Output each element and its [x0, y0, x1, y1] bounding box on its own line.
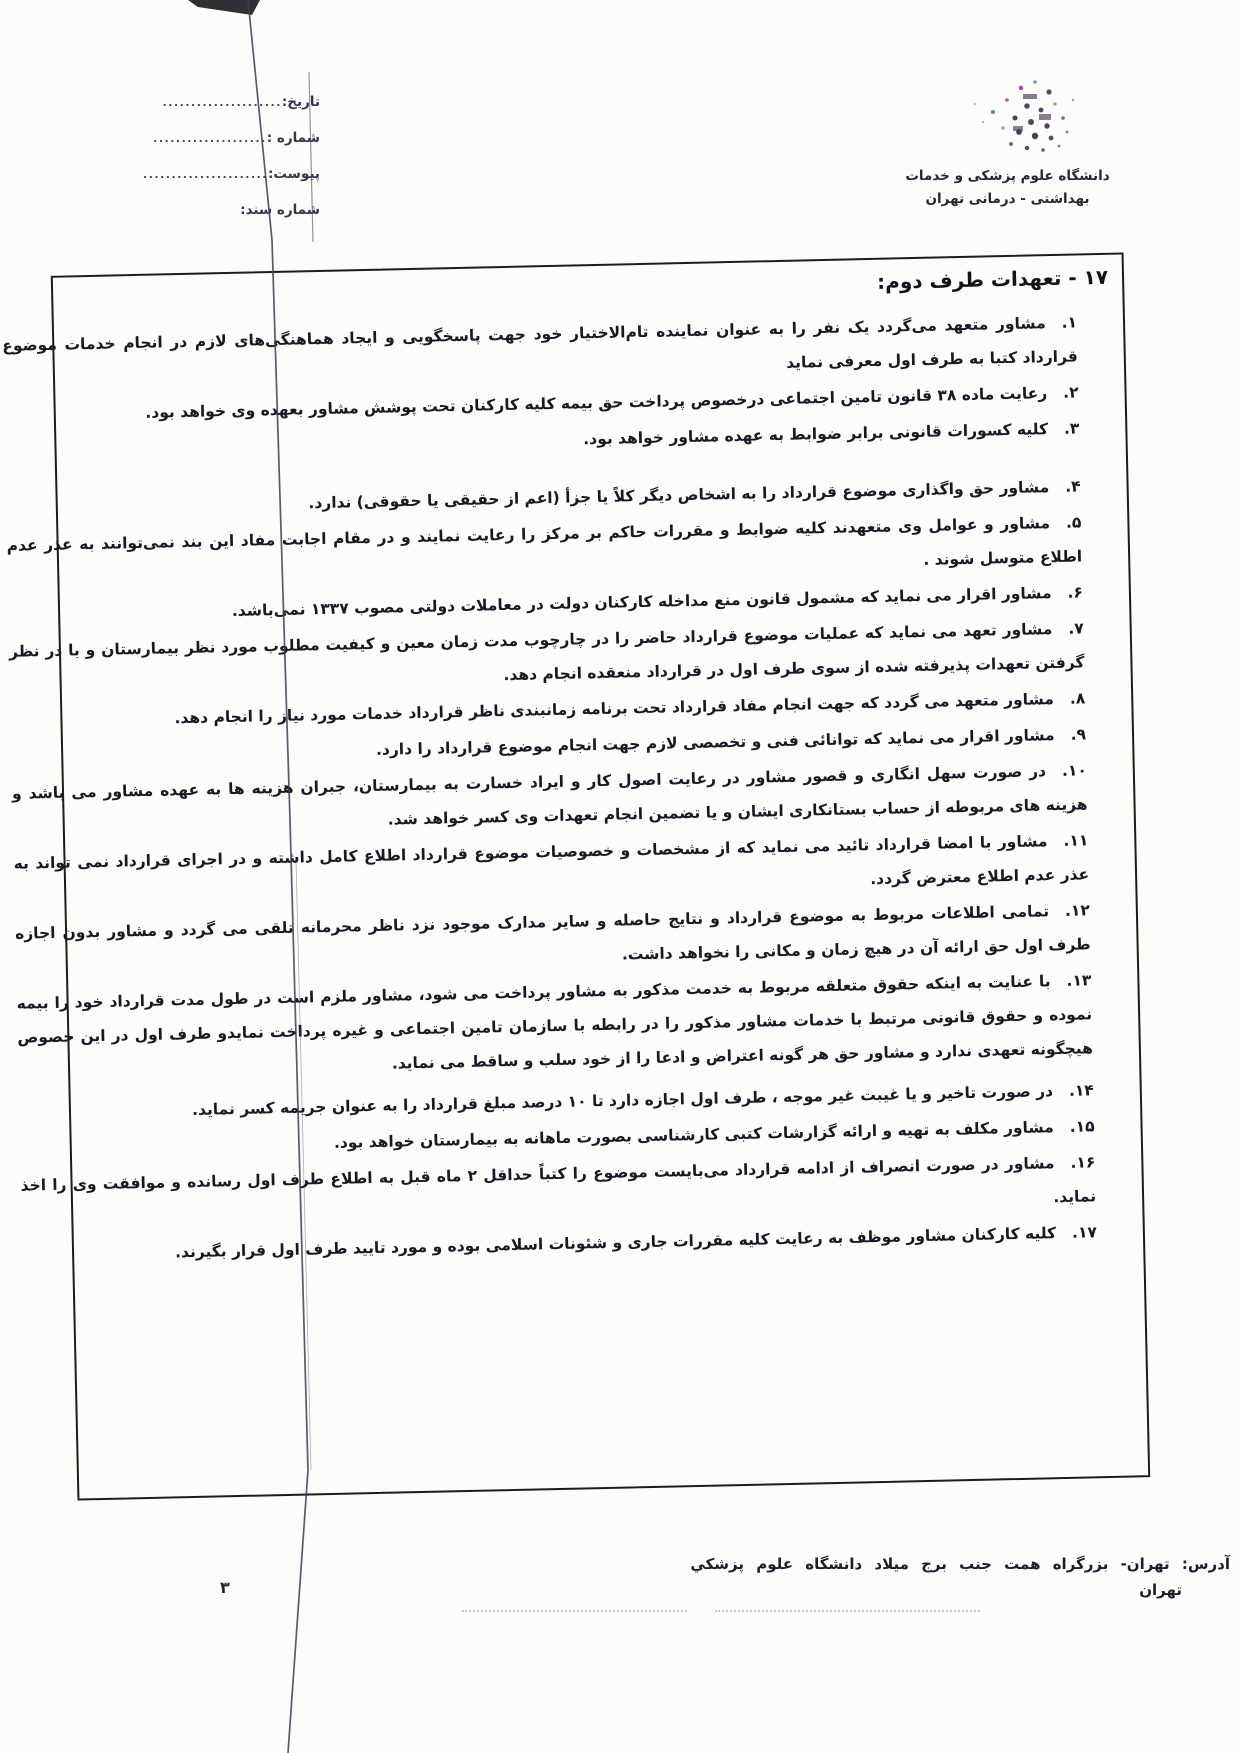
item-text: کلیه کسورات قانونی برابر ضوابط به عهده م…	[583, 420, 1048, 448]
section-title: ۱۷ - تعهدات طرف دوم:	[53, 265, 1108, 312]
contract-item-13: ۱۳.با عنایت به اینکه حقوق متعلقه مربوط ب…	[16, 963, 1093, 1088]
contract-box: ۱۷ - تعهدات طرف دوم: ۱.مشاور متعهد می‌گر…	[51, 252, 1150, 1500]
item-number: ۱.	[1061, 305, 1077, 339]
document-number-field: شماره سند:	[138, 202, 320, 238]
item-text: مشاور تعهد می نماید که عملیات موضوع قرار…	[9, 620, 1085, 684]
attachment-field: پیوست:......................	[138, 166, 320, 202]
scan-dotted-artifact	[462, 1610, 687, 1612]
item-number: ۵.	[1066, 505, 1082, 539]
item-number: ۹.	[1070, 717, 1086, 751]
number-field-label: شماره :	[267, 130, 320, 146]
date-field-label: تاریخ:	[282, 94, 320, 110]
university-logo-icon	[923, 70, 1093, 162]
attachment-field-label: پیوست:	[268, 166, 320, 182]
page-number: ۳	[220, 1578, 230, 1597]
top-edge-artifact	[188, 0, 260, 15]
item-number: ۷.	[1068, 611, 1084, 645]
item-number: ۱۲.	[1065, 893, 1091, 928]
header-reference-fields: تاریخ:..................... شماره :.....…	[138, 94, 320, 238]
item-number: ۳.	[1064, 411, 1080, 445]
document-number-field-label: شماره سند:	[240, 202, 320, 218]
item-number: ۱۳.	[1066, 963, 1092, 998]
address-line2: تهران	[290, 1577, 1182, 1603]
university-header: دانشگاه علوم پزشکی و خدمات بهداشتی - درم…	[900, 70, 1115, 211]
address-line1: آدرس: تهران- بزرگراه همت جنب برج میلاد د…	[290, 1551, 1230, 1577]
date-field-dots: .....................	[163, 96, 282, 109]
item-text: تمامی اطلاعات مربوط به موضوع قرارداد و ن…	[15, 902, 1091, 963]
item-text: مشاور مکلف به تهیه و ارائه گزارشات کتبی …	[334, 1118, 1054, 1152]
attachment-field-dots: ......................	[143, 168, 268, 181]
item-text: در صورت سهل انگاری و قصور مشاور در رعایت…	[12, 762, 1088, 828]
item-number: ۴.	[1065, 469, 1081, 503]
item-number: ۱۰.	[1062, 753, 1088, 788]
item-number: ۱۵.	[1069, 1109, 1095, 1144]
item-number: ۱۴.	[1069, 1073, 1095, 1108]
item-number: ۱۶.	[1070, 1145, 1096, 1180]
item-number: ۱۱.	[1063, 823, 1089, 858]
number-field-dots: ....................	[153, 132, 267, 145]
item-text: مشاور حق واگذاری موضوع قرارداد را به اشخ…	[308, 478, 1049, 512]
university-name-line2: بهداشتی - درمانی تهران	[900, 188, 1115, 211]
item-text: مشاور متعهد می‌گردد یک نفر را به عنوان ن…	[2, 314, 1078, 372]
university-name: دانشگاه علوم پزشکی و خدمات بهداشتی - درم…	[900, 165, 1115, 211]
university-name-line1: دانشگاه علوم پزشکی و خدمات	[900, 165, 1115, 188]
date-field: تاریخ:.....................	[138, 94, 320, 130]
scanned-contract-page: تاریخ:..................... شماره :.....…	[0, 0, 1240, 1753]
item-text: با عنایت به اینکه حقوق متعلقه مربوط به خ…	[16, 972, 1093, 1072]
item-number: ۸.	[1070, 681, 1086, 715]
item-number: ۶.	[1067, 575, 1083, 609]
obligations-list: ۱.مشاور متعهد می‌گردد یک نفر را به عنوان…	[2, 305, 1097, 1272]
item-number: ۱۷.	[1072, 1215, 1098, 1250]
item-number: ۲.	[1063, 375, 1079, 409]
footer-address: آدرس: تهران- بزرگراه همت جنب برج میلاد د…	[290, 1551, 1230, 1603]
scan-dotted-artifact	[715, 1610, 980, 1612]
number-field: شماره :....................	[138, 130, 320, 166]
item-text: مشاور اقرار می نماید که توانائی فنی و تخ…	[376, 726, 1055, 759]
